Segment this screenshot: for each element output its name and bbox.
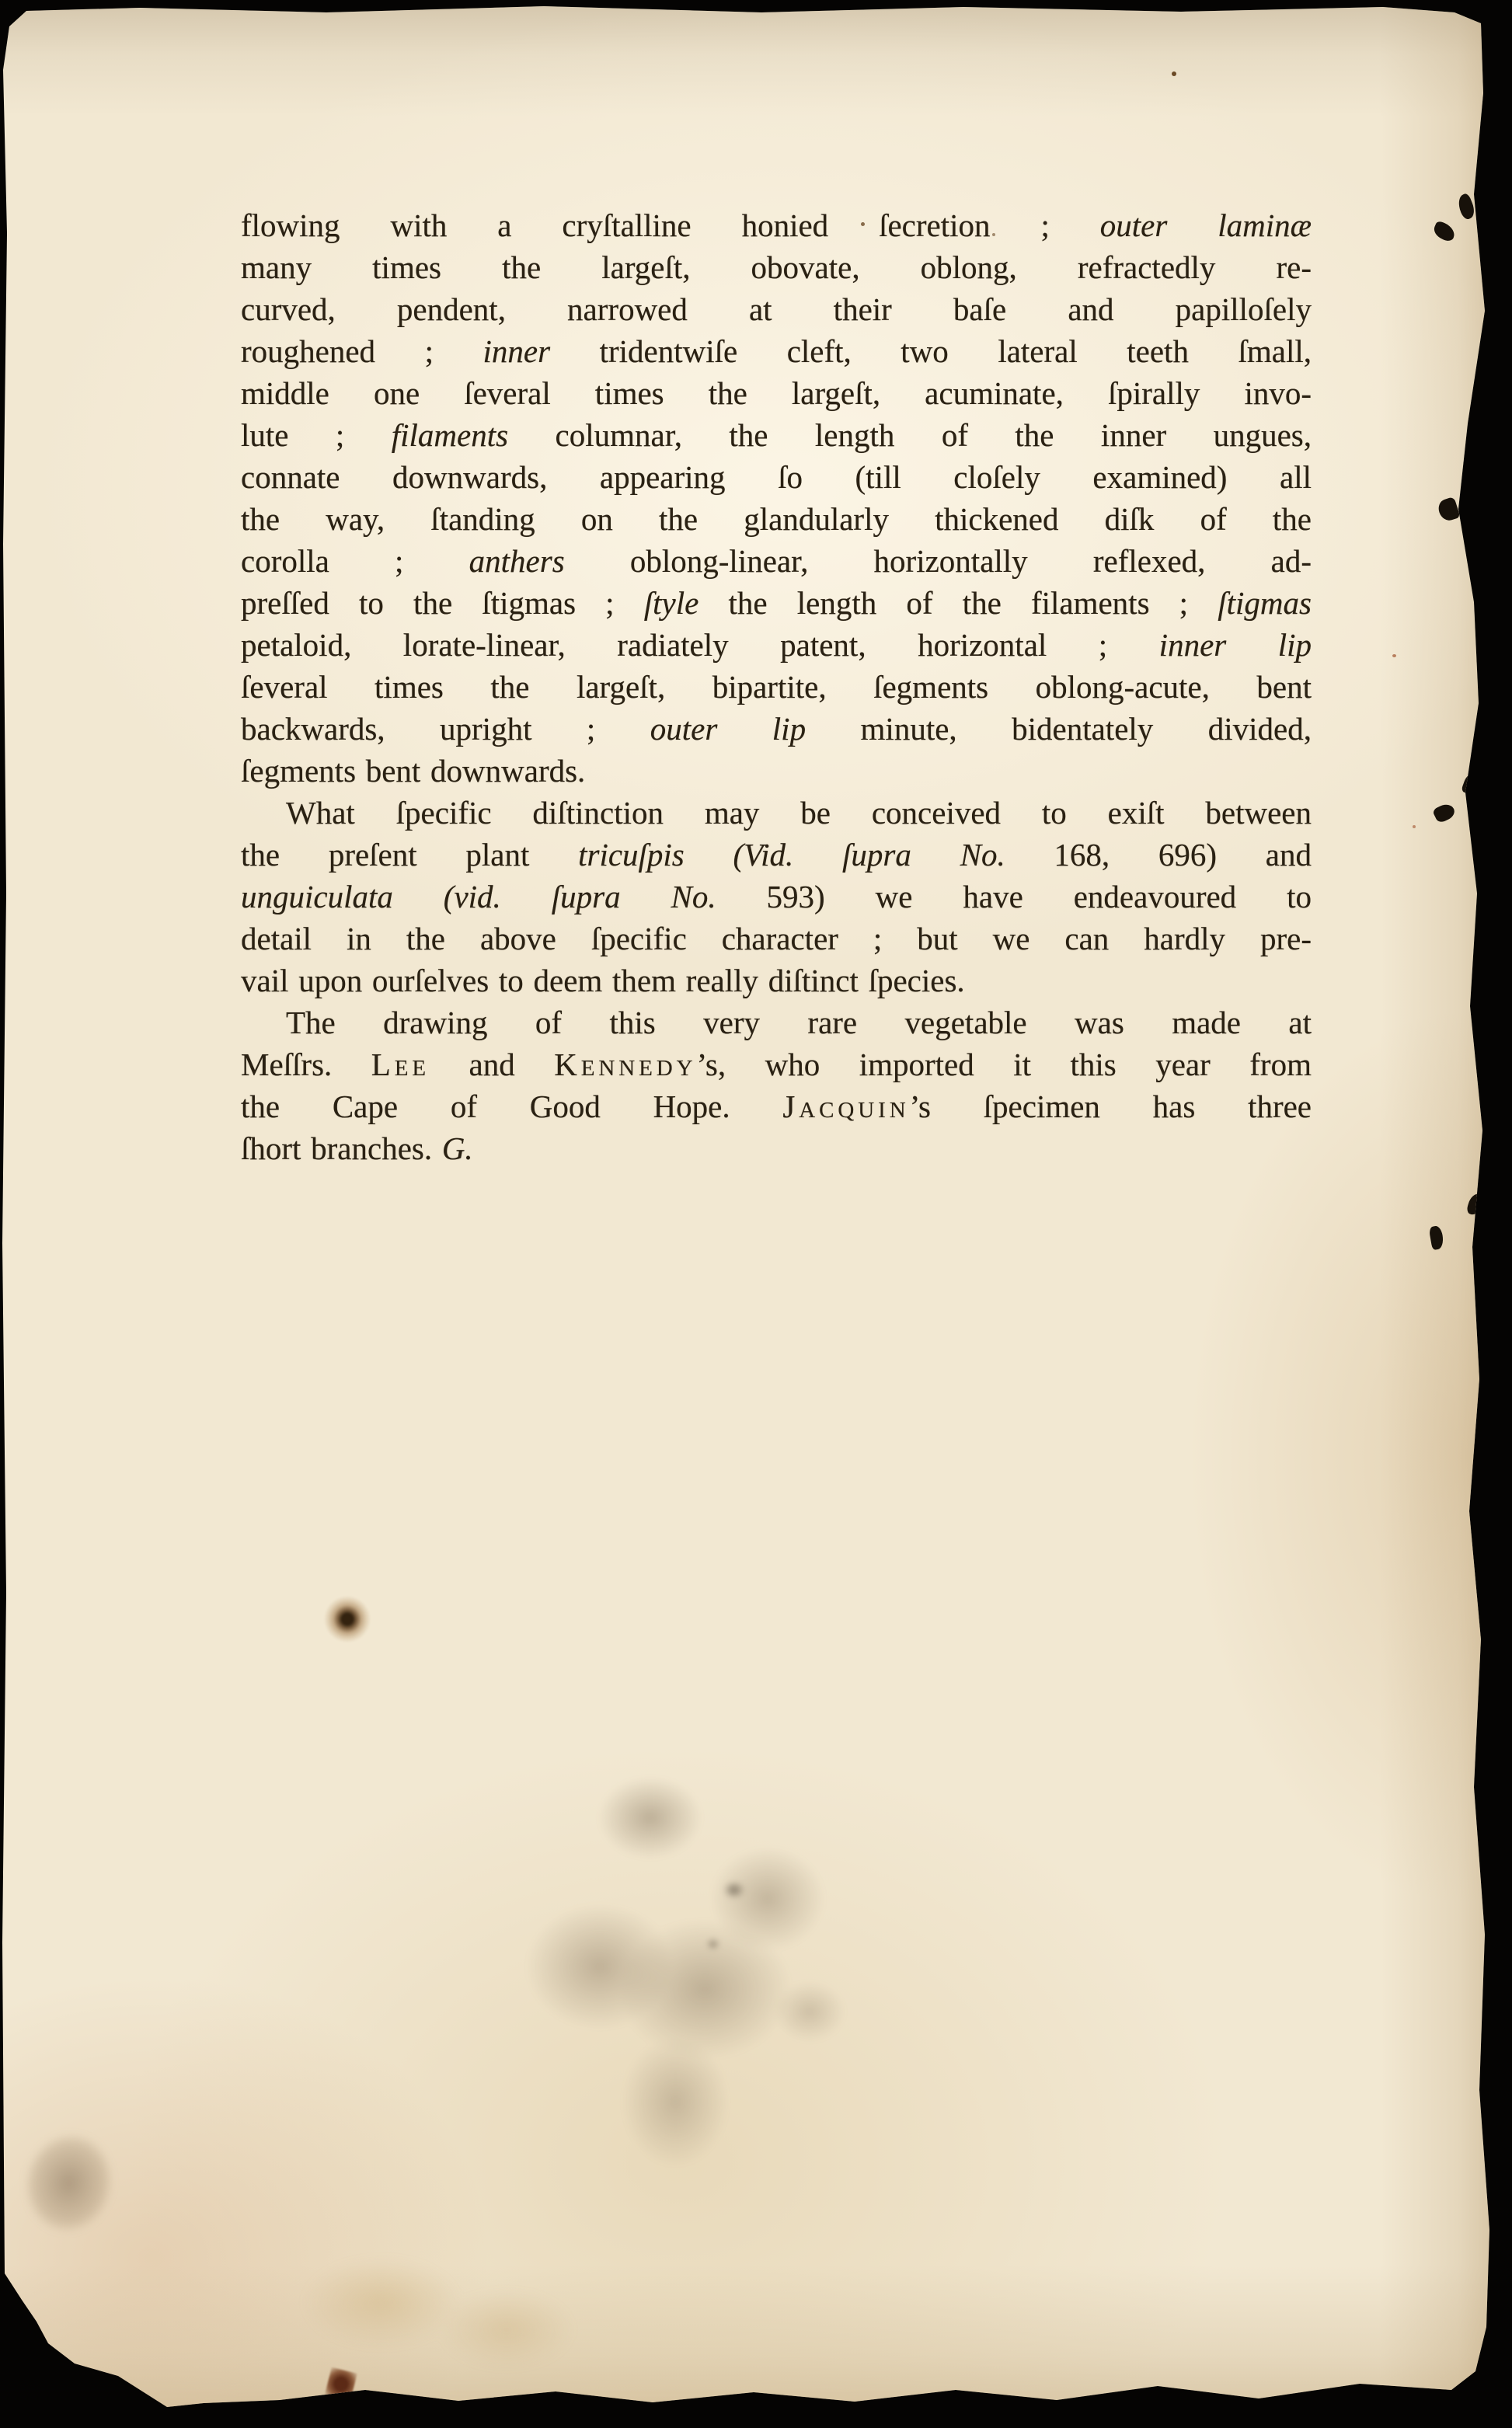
text-segment: tricuſpis (Vid. ſupra No. [578, 837, 1005, 873]
stain-burn-spot [322, 1594, 372, 1644]
text-line: the Cape of Good Hope. Jacquin’s ſpecime… [241, 1085, 1312, 1127]
text-line: unguiculata (vid. ſupra No. 593) we have… [241, 876, 1312, 918]
text-line: The drawing of this very rare vegetable … [241, 1002, 1312, 1043]
text-line: petaloid, lorate-linear, radiately paten… [241, 624, 1312, 666]
text-segment: the way, ſtanding on the glandularly thi… [241, 501, 1312, 537]
ink-mark [1436, 496, 1460, 523]
text-segment: outer laminæ [1100, 207, 1312, 243]
text-block: flowing with a cryſtalline honied ſecret… [241, 204, 1312, 1169]
ink-mark [1472, 467, 1485, 486]
text-segment: Lee [371, 1047, 430, 1082]
text-segment: detail in the above ſpecific character ;… [241, 921, 1312, 956]
text-segment: ſtyle [644, 585, 699, 621]
ink-mark [1465, 1192, 1485, 1217]
text-segment: roughened ; [241, 333, 483, 369]
text-line: vail upon ourſelves to deem them really … [241, 960, 1312, 1002]
text-segment: ſegments bent downwards. [241, 753, 585, 789]
text-segment: curved, pendent, narrowed at their baſe … [241, 291, 1312, 327]
text-segment: 593) we have endeavoured to [716, 879, 1312, 914]
text-segment: What ſpecific diſtinction may be conceiv… [286, 795, 1312, 831]
text-line: many times the largeſt, obovate, oblong,… [241, 246, 1312, 288]
text-segment: outer lip [650, 711, 806, 747]
text-segment: middle one ſeveral times the largeſt, ac… [241, 375, 1312, 411]
text-segment: Jacquin [782, 1089, 909, 1124]
text-segment: ſhort branches. [241, 1130, 442, 1166]
ink-mark [1431, 220, 1458, 243]
text-segment: minute, bidentately divided, [806, 711, 1312, 747]
text-segment: G. [442, 1130, 473, 1166]
text-segment: the length of the filaments ; [699, 585, 1218, 621]
text-segment: inner lip [1159, 627, 1312, 663]
text-segment: petaloid, lorate-linear, radiately paten… [241, 627, 1159, 663]
stain-red-mark [322, 2367, 357, 2413]
text-line: curved, pendent, narrowed at their baſe … [241, 288, 1312, 330]
text-segment: flowing with a cryſtalline honied ſecret… [241, 207, 1100, 243]
text-line: What ſpecific diſtinction may be conceiv… [241, 792, 1312, 834]
text-line: lute ; filaments columnar, the length of… [241, 414, 1312, 456]
text-line: ſegments bent downwards. [241, 750, 1312, 792]
ink-mark [1455, 193, 1478, 221]
text-segment: 168, 696) and [1005, 837, 1312, 873]
text-segment: and [430, 1047, 554, 1082]
text-segment: preſſed to the ſtigmas ; [241, 585, 644, 621]
ink-mark [1429, 1225, 1445, 1250]
paper-speck [1413, 825, 1416, 828]
text-line: ſeveral times the largeſt, bipartite, ſe… [241, 666, 1312, 708]
text-segment: lute ; [241, 417, 392, 453]
text-line: backwards, upright ; outer lip minute, b… [241, 708, 1312, 750]
text-line: the way, ſtanding on the glandularly thi… [241, 498, 1312, 540]
text-segment: corolla ; [241, 543, 469, 579]
text-segment: ’s ſpecimen has three [910, 1089, 1312, 1124]
text-line: middle one ſeveral times the largeſt, ac… [241, 372, 1312, 414]
text-segment: ſtigmas [1218, 585, 1312, 621]
ink-mark [1432, 801, 1457, 824]
text-segment: ſeveral times the largeſt, bipartite, ſe… [241, 669, 1312, 705]
text-segment: vail upon ourſelves to deem them really … [241, 963, 965, 998]
paragraph: flowing with a cryſtalline honied ſecret… [241, 204, 1312, 792]
text-segment: columnar, the length of the inner ungues… [508, 417, 1312, 453]
text-segment: the preſent plant [241, 837, 578, 873]
paper-speck [1172, 71, 1176, 76]
paper-page: flowing with a cryſtalline honied ſecret… [0, 0, 1512, 2428]
text-segment: anthers [469, 543, 565, 579]
stain-bottom-yellow [256, 2222, 614, 2401]
text-segment: filaments [392, 417, 508, 453]
paper-speck [1392, 654, 1396, 657]
text-segment: connate downwards, appearing ſo (till cl… [241, 459, 1312, 495]
text-line: roughened ; inner tridentwiſe cleft, two… [241, 330, 1312, 372]
text-segment: Meſſrs. [241, 1047, 371, 1082]
text-line: ſhort branches. G. [241, 1127, 1312, 1169]
scan-background: flowing with a cryſtalline honied ſecret… [0, 0, 1512, 2428]
text-line: the preſent plant tricuſpis (Vid. ſupra … [241, 834, 1312, 876]
text-segment: Kennedy [554, 1047, 696, 1082]
text-line: corolla ; anthers oblong-linear, horizon… [241, 540, 1312, 582]
text-segment: oblong-linear, horizontally reflexed, ad… [565, 543, 1312, 579]
text-segment: backwards, upright ; [241, 711, 650, 747]
text-segment: inner [483, 333, 551, 369]
ink-mark [1461, 772, 1481, 796]
text-line: detail in the above ſpecific character ;… [241, 918, 1312, 960]
text-line: connate downwards, appearing ſo (till cl… [241, 456, 1312, 498]
text-segment: many times the largeſt, obovate, oblong,… [241, 249, 1312, 285]
text-segment: The drawing of this very rare vegetable … [286, 1005, 1312, 1040]
text-segment: the Cape of Good Hope. [241, 1089, 782, 1124]
stain-large-mottled [474, 1764, 894, 2214]
paragraph: The drawing of this very rare vegetable … [241, 1002, 1312, 1169]
text-line: Meſſrs. Lee and Kennedy’s, who imported … [241, 1043, 1312, 1085]
paragraph: What ſpecific diſtinction may be conceiv… [241, 792, 1312, 1002]
text-line: preſſed to the ſtigmas ; ſtyle the lengt… [241, 582, 1312, 624]
text-segment: unguiculata (vid. ſupra No. [241, 879, 716, 914]
stain-bottom-left-smudge [0, 2113, 152, 2284]
text-line: flowing with a cryſtalline honied ſecret… [241, 204, 1312, 246]
text-segment: ’s, who imported it this year from [696, 1047, 1312, 1082]
text-segment: tridentwiſe cleft, two lateral teeth ſma… [550, 333, 1312, 369]
